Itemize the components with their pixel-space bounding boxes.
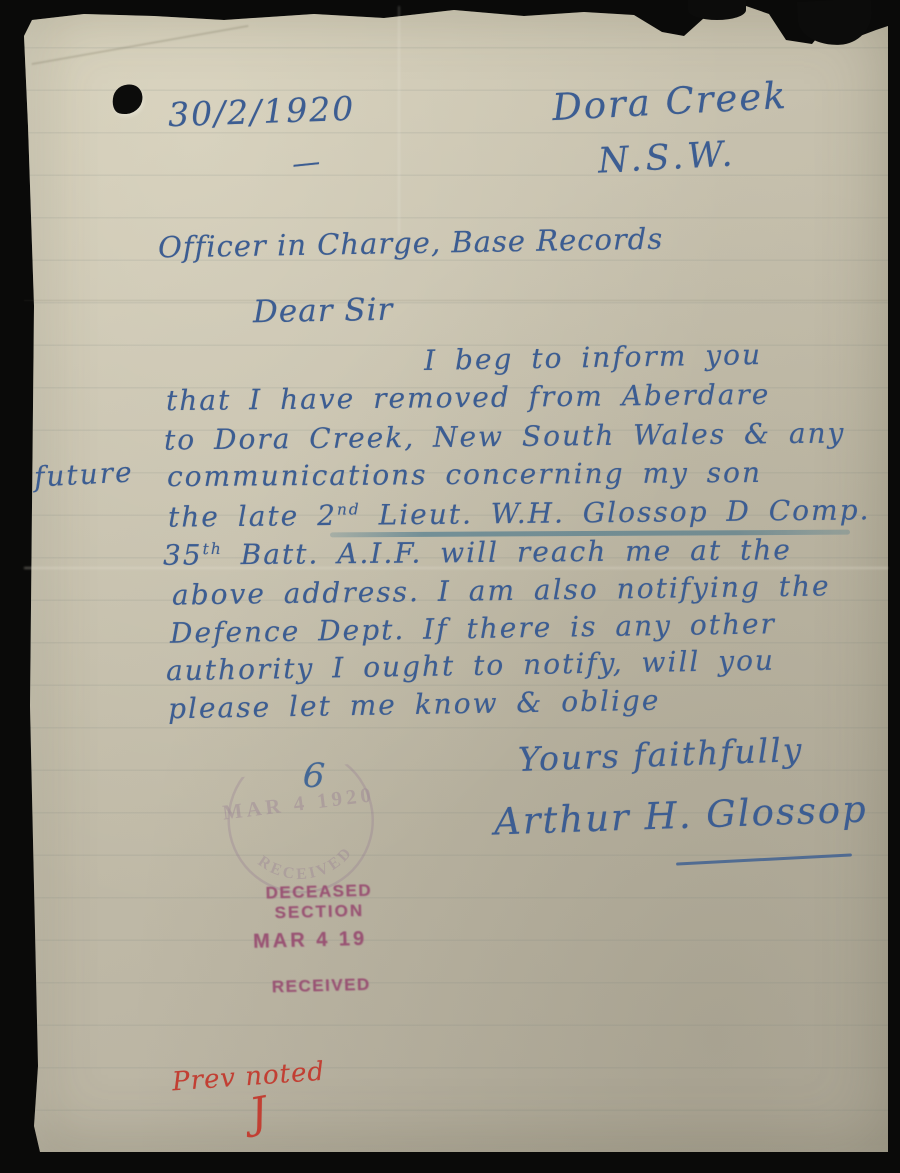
ordinal-superscript: nd [337, 500, 361, 518]
stamp-line-deceased: DECEASED [249, 880, 389, 904]
torn-edge-gap [688, 0, 746, 20]
body-line-6: 35th Batt. A.I.F. will reach me at the [163, 533, 792, 571]
place-line-2: N.S.W. [597, 134, 737, 181]
blue-clerk-mark: 6 [302, 755, 326, 796]
stamp-line-section: SECTION [249, 900, 389, 924]
body-line-2: that I have removed from Aberdare [166, 378, 771, 417]
underlined-name: W.H. Glossop D Comp. [491, 493, 871, 530]
ordinal-superscript: th [203, 540, 223, 558]
body-line-1: I beg to inform you [424, 338, 763, 377]
body-line-4: communications concerning my son [167, 456, 762, 493]
letter-date-dash: — [290, 145, 321, 181]
scanned-letter-page: 30/2/1920 — Dora Creek N.S.W. Officer in… [0, 0, 900, 1173]
stamp-line-received: RECEIVED [251, 974, 391, 998]
body-line-6-rest: Batt. A.I.F. will reach me at the [223, 533, 792, 571]
stamp-line-date: MAR 4 19 [240, 927, 381, 954]
margin-word-future: future [33, 455, 134, 493]
body-line-5-mid: Lieut. [361, 497, 491, 531]
body-line-5-prefix: the late 2 [168, 499, 337, 534]
body-line-6-num: 35 [163, 538, 203, 571]
letter-date: 30/2/1920 [167, 89, 355, 135]
round-stamp-date: MAR 4 1920 [221, 782, 376, 824]
salutation: Dear Sir [253, 292, 394, 330]
deceased-section-stamp: DECEASED SECTION MAR 4 19 RECEIVED [249, 880, 392, 998]
